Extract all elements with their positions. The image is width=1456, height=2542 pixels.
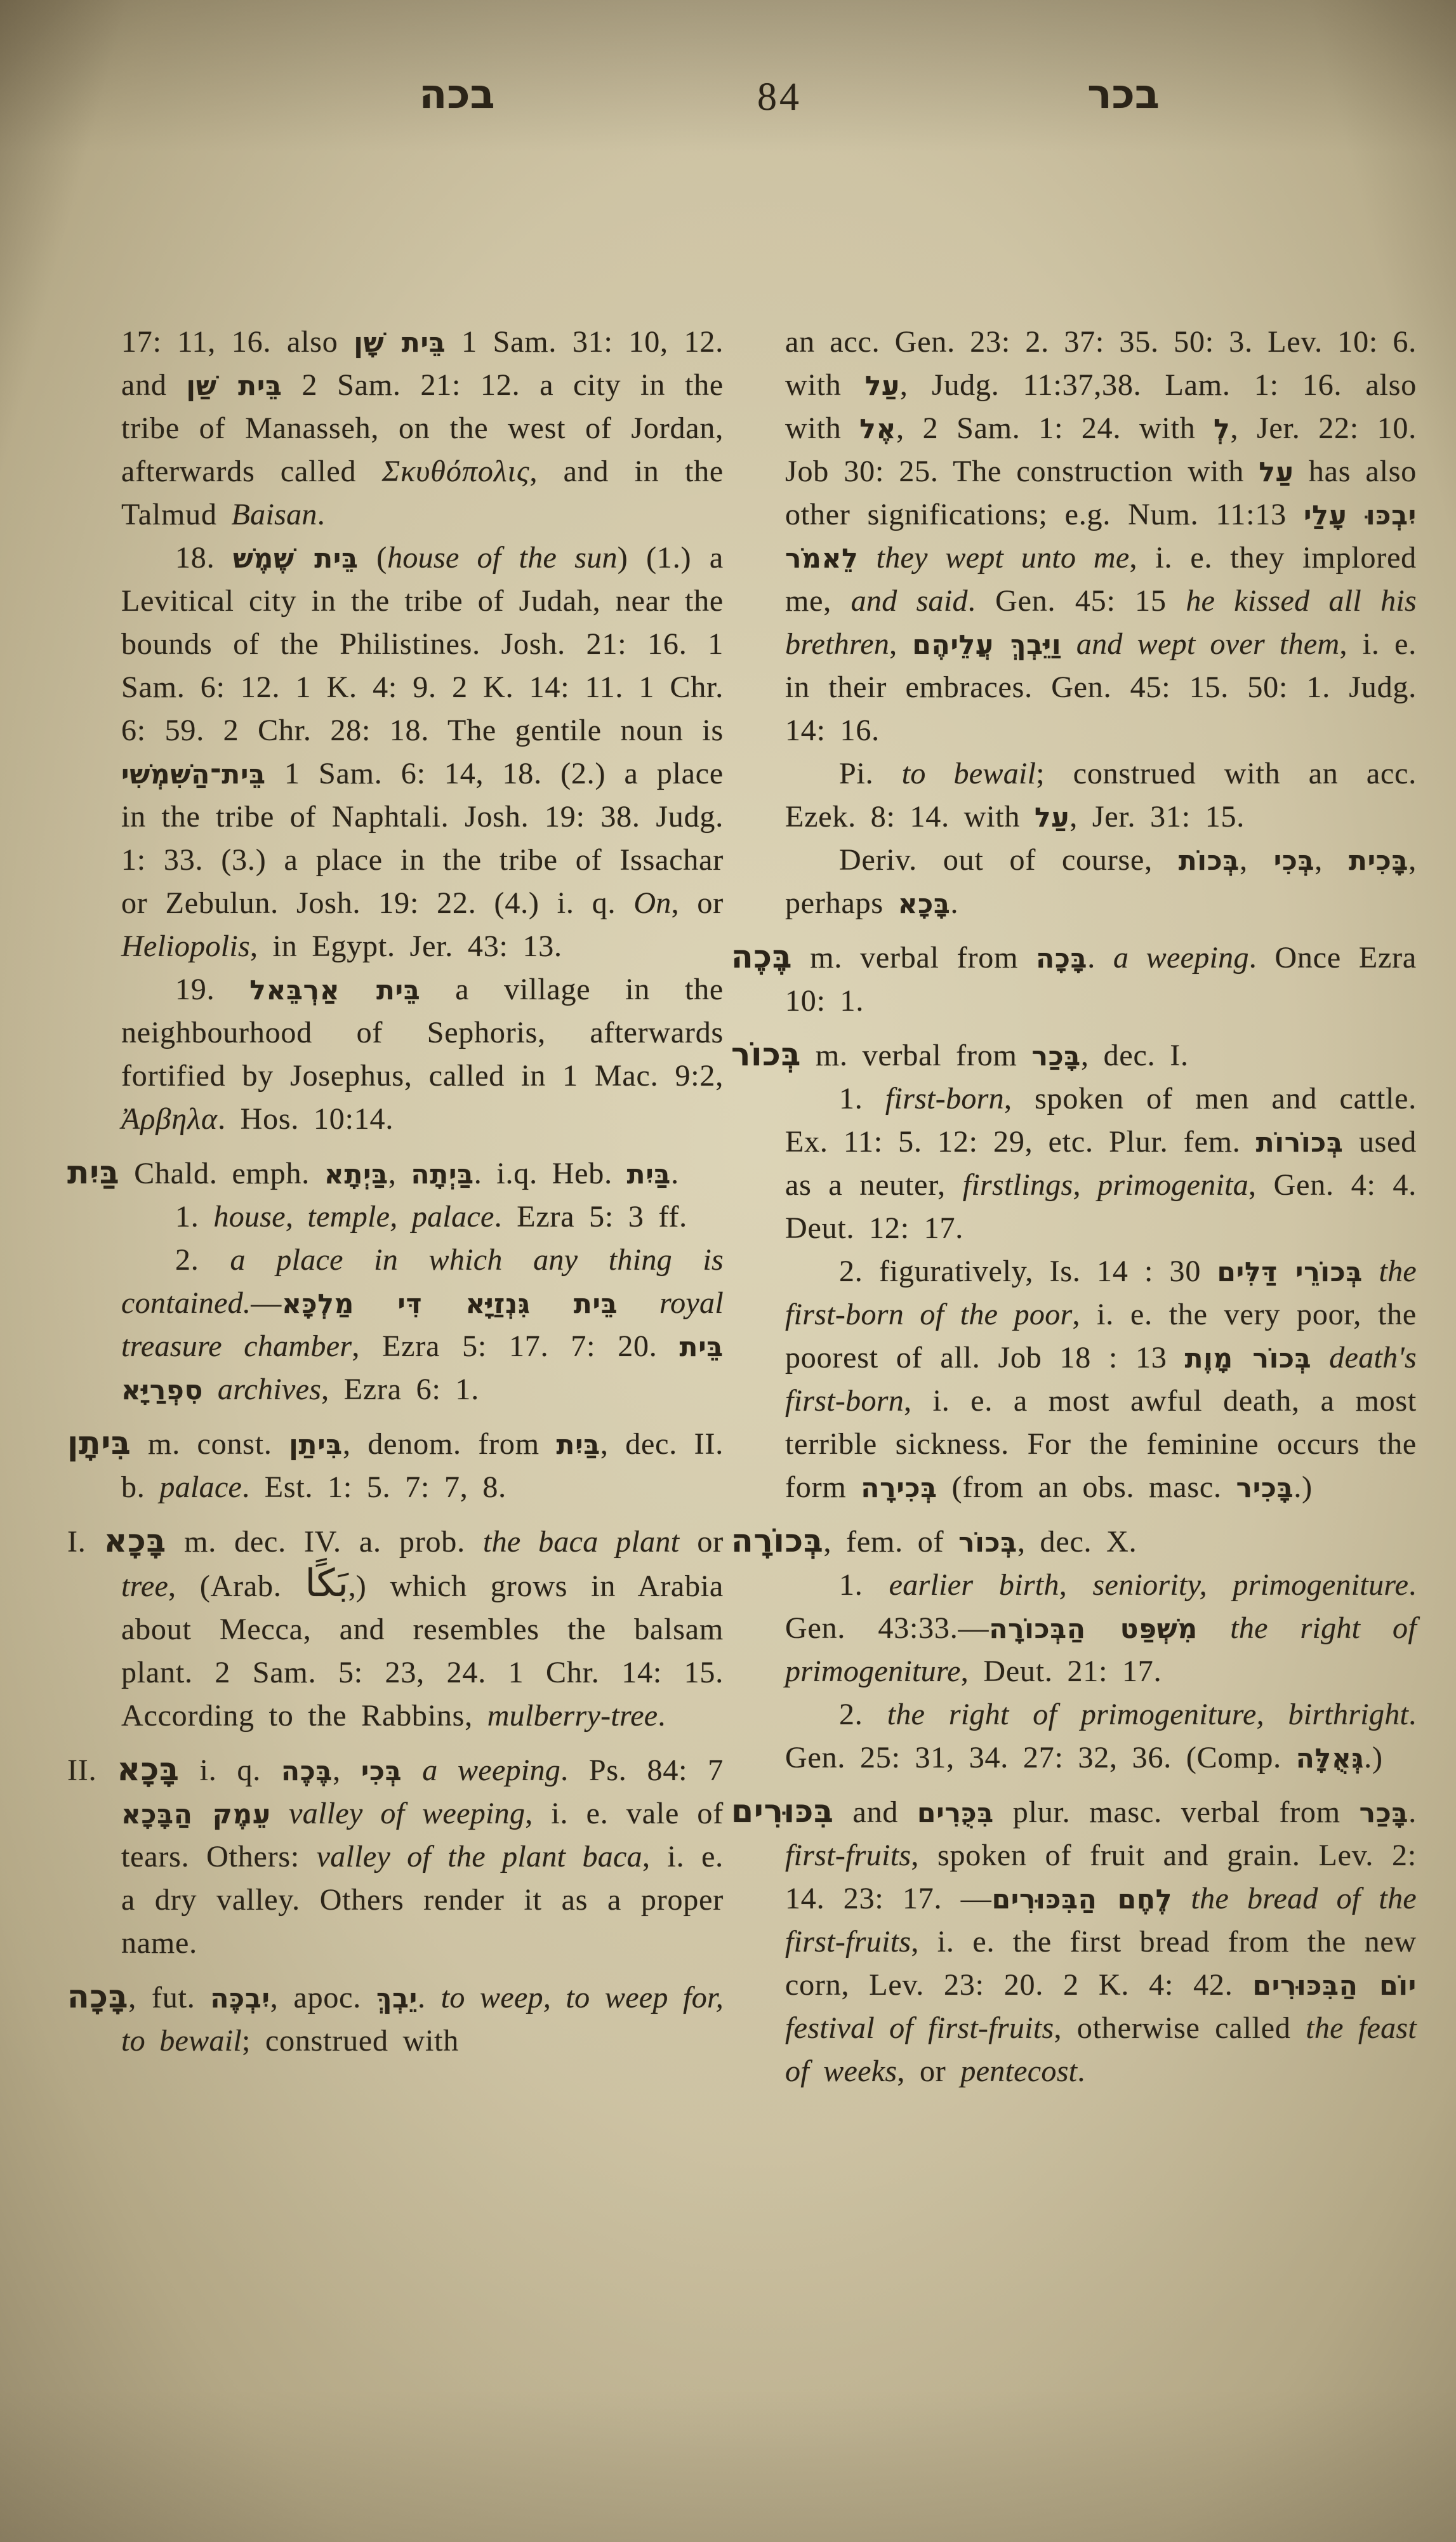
text-segment: . bbox=[1077, 2054, 1085, 2088]
entry-paragraph: בִּיתָן m. const. בִּיתַן, denom. from ב… bbox=[121, 1423, 724, 1509]
hebrew-term: וַיֵּבְךְּ עֲלֵיהֶם bbox=[912, 629, 1061, 660]
hebrew-term: בַּיִת bbox=[627, 1159, 671, 1190]
hebrew-term: בֵּית־הַשִּׁמְשִׁי bbox=[121, 759, 266, 790]
text-segment: 1. bbox=[839, 1082, 885, 1115]
hebrew-term: בֶּכֶה bbox=[281, 1755, 333, 1787]
text-segment: . Ezra 5: 3 ff. bbox=[494, 1200, 687, 1234]
hebrew-term: בִּכֻּרִים bbox=[917, 1797, 994, 1828]
entry-paragraph: 18. בֵּית שֶׁמֶשׁ (house of the sun) (1.… bbox=[121, 536, 724, 968]
text-segment bbox=[1172, 1882, 1191, 1915]
hebrew-term: בְּכוֹרֵי דַּלִּים bbox=[1217, 1256, 1363, 1288]
hebrew-term: בֵּית שַׁן bbox=[187, 370, 282, 401]
text-segment: m. dec. IV. a. prob. bbox=[166, 1525, 483, 1559]
italic-text: the baca plant bbox=[483, 1525, 679, 1559]
greek-term: Σκυθόπολις bbox=[382, 455, 530, 488]
text-segment: , denom. from bbox=[343, 1427, 556, 1461]
italic-text: mulberry-tree bbox=[487, 1699, 658, 1733]
text-segment bbox=[1363, 1254, 1379, 1288]
entry-paragraph: 1. first-born, spoken of men and cattle.… bbox=[785, 1077, 1417, 1250]
text-segment: , dec. X. bbox=[1017, 1525, 1137, 1559]
hebrew-headword: בְּכוֹרָה bbox=[731, 1522, 824, 1559]
italic-text: earlier birth, seniority, primogeniture bbox=[889, 1568, 1409, 1602]
text-segment: , bbox=[1314, 843, 1349, 877]
italic-text: a weeping bbox=[1113, 941, 1249, 975]
italic-text: and wept over them bbox=[1076, 627, 1340, 661]
text-segment: II. bbox=[67, 1753, 117, 1787]
italic-text: festival of first-fruits bbox=[785, 2011, 1054, 2045]
hebrew-term: בָּכַר bbox=[1031, 1041, 1081, 1072]
text-segment bbox=[859, 541, 877, 575]
italic-text: tree bbox=[121, 1569, 168, 1603]
text-segment: , fut. bbox=[128, 1981, 210, 2014]
entry-paragraph: 1. earlier birth, seniority, primogenitu… bbox=[785, 1564, 1417, 1693]
hebrew-term: בָּכָה bbox=[1036, 943, 1087, 974]
text-segment: Pi. bbox=[839, 757, 902, 790]
text-segment: . i.q. Heb. bbox=[474, 1157, 627, 1190]
hebrew-term: מִשְׁפַּט הַבְּכוֹרָה bbox=[989, 1613, 1198, 1644]
hebrew-term: בְּכוֹת bbox=[1179, 845, 1240, 876]
hebrew-term: בָּכִיר bbox=[1236, 1472, 1294, 1503]
entry-paragraph: 1. house, temple, palace. Ezra 5: 3 ff. bbox=[121, 1195, 724, 1239]
italic-text: the right of primogeniture, birthright bbox=[887, 1698, 1408, 1731]
text-segment: or bbox=[679, 1525, 724, 1559]
entry-paragraph: בָּכָה, fut. יִבְכֶּה, apoc. יֵבְךְּ. to… bbox=[121, 1976, 724, 2063]
text-segment: , (Arab. bbox=[168, 1569, 305, 1603]
entry-paragraph: 2. figuratively, Is. 14 : 30 בְּכוֹרֵי ד… bbox=[785, 1250, 1417, 1509]
entry-paragraph: I. בָּכָא m. dec. IV. a. prob. the baca … bbox=[121, 1521, 724, 1738]
entry-paragraph: 17: 11, 16. also בֵּית שָׁן 1 Sam. 31: 1… bbox=[121, 321, 724, 536]
hebrew-term: בְּכִי bbox=[361, 1755, 402, 1787]
hebrew-term: יֵבְךְּ bbox=[376, 1983, 418, 2014]
text-segment: m. verbal from bbox=[801, 1039, 1031, 1072]
hebrew-term: עַל bbox=[865, 370, 900, 401]
text-segment: , or bbox=[672, 886, 724, 920]
italic-text: Heliopolis bbox=[121, 929, 250, 963]
text-segment: 19. bbox=[175, 973, 249, 1006]
hebrew-term: בְּכוֹרוֹת bbox=[1256, 1127, 1344, 1158]
text-segment: — bbox=[251, 1286, 282, 1320]
italic-text: house of the sun bbox=[387, 541, 618, 575]
text-segment: ( bbox=[359, 541, 387, 575]
page-number: 84 bbox=[710, 75, 849, 120]
italic-text: a weeping bbox=[422, 1753, 560, 1787]
entry-paragraph: בְּכוֹרָה, fem. of בְּכוֹר, dec. X. bbox=[785, 1521, 1417, 1564]
hebrew-term: בְּכִי bbox=[1274, 845, 1315, 876]
hebrew-term: בַּיְתָא bbox=[324, 1159, 388, 1190]
hebrew-term: בְּכוֹר מָוֶת bbox=[1185, 1343, 1312, 1374]
hebrew-headword: בָּכָא bbox=[117, 1750, 179, 1788]
entry-paragraph: Pi. to bewail; construed with an acc. Ez… bbox=[785, 752, 1417, 839]
entry-paragraph: בַּיִת Chald. emph. בַּיְתָא, בַּיְתָה. … bbox=[121, 1152, 724, 1195]
book-page: בכה 84 בכר 17: 11, 16. also בֵּית שָׁן 1… bbox=[0, 0, 1456, 2542]
hebrew-headword: בִּיתָן bbox=[67, 1424, 131, 1461]
header-word-left: בכה bbox=[387, 71, 527, 118]
text-segment: . bbox=[658, 1699, 666, 1733]
text-segment: .) bbox=[1364, 1741, 1383, 1774]
text-segment: (from an obs. masc. bbox=[937, 1470, 1236, 1504]
hebrew-term: לֶחֶם הַבִּכּוּרִים bbox=[992, 1884, 1173, 1915]
hebrew-term: אֶל bbox=[859, 413, 896, 444]
text-segment: , otherwise called bbox=[1054, 2011, 1306, 2045]
text-segment: . Ps. 84: 7 bbox=[560, 1753, 724, 1787]
arabic-term: بَكًا bbox=[305, 1561, 348, 1606]
hebrew-term: בָּכָא bbox=[898, 888, 951, 919]
text-segment: i. q. bbox=[180, 1753, 281, 1787]
hebrew-term: יוֹם הַבִּכּוּרִים bbox=[1253, 1970, 1417, 2001]
text-segment: 1. bbox=[839, 1568, 889, 1602]
text-segment: . bbox=[317, 498, 326, 531]
text-segment: . bbox=[1408, 1795, 1417, 1829]
text-segment: , bbox=[1240, 843, 1274, 877]
hebrew-headword: בֶּכֶה bbox=[731, 938, 792, 975]
text-segment: 2. bbox=[839, 1698, 887, 1731]
italic-text: valley of the plant baca bbox=[317, 1840, 642, 1873]
text-segment bbox=[1198, 1611, 1230, 1645]
text-segment bbox=[271, 1797, 289, 1830]
header-word-right: בכר bbox=[1054, 71, 1193, 118]
italic-text: house, temple, palace bbox=[213, 1200, 494, 1234]
text-segment: , or bbox=[897, 2054, 960, 2088]
text-segment bbox=[402, 1753, 422, 1787]
hebrew-term: בֵּית אַרְבֵּאל bbox=[249, 975, 420, 1006]
entry-paragraph: בְּכוֹר m. verbal from בָּכַר, dec. I. bbox=[785, 1034, 1417, 1077]
italic-text: first-fruits bbox=[785, 1839, 911, 1872]
text-segment: . bbox=[671, 1157, 679, 1190]
text-segment: 1. bbox=[175, 1200, 213, 1234]
hebrew-term: בְּכוֹר bbox=[958, 1527, 1017, 1558]
text-segment: . bbox=[951, 886, 959, 920]
text-segment: . Hos. 10:14. bbox=[218, 1102, 394, 1136]
italic-text: to bewail bbox=[902, 757, 1036, 790]
entry-paragraph: an acc. Gen. 23: 2. 37: 35. 50: 3. Lev. … bbox=[785, 321, 1417, 752]
italic-text: first-born bbox=[885, 1082, 1004, 1115]
hebrew-headword: בַּיִת bbox=[67, 1154, 119, 1191]
text-segment: , dec. I. bbox=[1081, 1039, 1189, 1072]
entry-paragraph: 2. a place in which any thing is contain… bbox=[121, 1239, 724, 1411]
italic-text: pentecost bbox=[960, 2054, 1077, 2088]
text-segment: , apoc. bbox=[270, 1981, 376, 2014]
entry-paragraph: בִּכּוּרִים and בִּכֻּרִים plur. masc. v… bbox=[785, 1791, 1417, 2093]
text-segment: .) bbox=[1294, 1470, 1313, 1504]
text-segment: I. bbox=[67, 1525, 104, 1559]
hebrew-term: יִבְכֶּה bbox=[210, 1983, 270, 2014]
text-segment: plur. masc. verbal from bbox=[994, 1795, 1360, 1829]
text-segment: 2. figuratively, Is. 14 : 30 bbox=[839, 1254, 1217, 1288]
text-segment: , Ezra 5: 17. 7: 20. bbox=[352, 1329, 679, 1363]
text-segment: , Deut. 21: 17. bbox=[961, 1654, 1162, 1688]
text-segment: 18. bbox=[175, 541, 233, 575]
hebrew-headword: בְּכוֹר bbox=[731, 1035, 801, 1073]
entry-paragraph: 19. בֵּית אַרְבֵּאל a village in the nei… bbox=[121, 968, 724, 1141]
greek-term: Ἀρβηλα bbox=[121, 1102, 218, 1136]
text-segment: . bbox=[1087, 941, 1113, 975]
text-segment: m. verbal from bbox=[792, 941, 1036, 975]
entry-paragraph: בֶּכֶה m. verbal from בָּכָה. a weeping.… bbox=[785, 936, 1417, 1023]
text-segment: , bbox=[333, 1753, 361, 1787]
hebrew-term: גְּאֻלָּה bbox=[1296, 1743, 1364, 1774]
text-segment bbox=[1061, 627, 1076, 661]
text-segment: m. const. bbox=[131, 1427, 289, 1461]
hebrew-headword: בָּכָה bbox=[67, 1978, 128, 2015]
text-segment: , fem. of bbox=[824, 1525, 959, 1559]
text-segment: Deriv. out of course, bbox=[839, 843, 1179, 877]
text-segment bbox=[203, 1373, 218, 1406]
entry-paragraph: Deriv. out of course, בְּכוֹת, בְּכִי, ב… bbox=[785, 839, 1417, 925]
text-segment: ; construed with bbox=[242, 2024, 459, 2058]
hebrew-term: בָּכִית bbox=[1349, 845, 1408, 876]
text-segment: , Ezra 6: 1. bbox=[321, 1373, 479, 1406]
hebrew-term: לְ bbox=[1214, 413, 1230, 444]
column-left: 17: 11, 16. also בֵּית שָׁן 1 Sam. 31: 1… bbox=[67, 321, 724, 2063]
hebrew-term: בְּכִירָה bbox=[861, 1472, 937, 1503]
hebrew-term: עַל bbox=[1035, 802, 1069, 833]
italic-text: palace bbox=[159, 1470, 242, 1504]
italic-text: valley of weeping bbox=[289, 1797, 525, 1830]
column-right: an acc. Gen. 23: 2. 37: 35. 50: 3. Lev. … bbox=[731, 321, 1417, 2093]
italic-text: archives bbox=[218, 1373, 321, 1406]
hebrew-headword: בִּכּוּרִים bbox=[731, 1792, 834, 1830]
text-segment: . Est. 1: 5. 7: 7, 8. bbox=[242, 1470, 506, 1504]
text-segment: . bbox=[418, 1981, 441, 2014]
text-segment bbox=[1311, 1341, 1329, 1374]
text-segment: and bbox=[834, 1795, 917, 1829]
text-segment: , bbox=[889, 627, 912, 661]
hebrew-term: עֵמֶק הַבָּכָא bbox=[121, 1799, 271, 1830]
entry-paragraph: II. בָּכָא i. q. בֶּכֶה, בְּכִי a weepin… bbox=[121, 1749, 724, 1965]
hebrew-term: בֵּית שֶׁמֶשׁ bbox=[233, 543, 359, 574]
italic-text: firstlings, primogenita bbox=[963, 1168, 1248, 1202]
hebrew-term: עַל bbox=[1259, 456, 1294, 488]
text-segment: 2. bbox=[175, 1243, 230, 1277]
italic-text: they wept unto me bbox=[877, 541, 1130, 575]
text-segment: , 2 Sam. 1: 24. with bbox=[896, 411, 1214, 445]
italic-text: Baisan bbox=[232, 498, 317, 531]
hebrew-headword: בָּכָא bbox=[104, 1522, 166, 1559]
text-segment: , bbox=[388, 1157, 411, 1190]
italic-text: and said bbox=[851, 584, 968, 618]
italic-text: On bbox=[633, 886, 671, 920]
text-segment: , in Egypt. Jer. 43: 13. bbox=[250, 929, 562, 963]
text-segment: 17: 11, 16. also bbox=[121, 325, 354, 359]
entry-paragraph: 2. the right of primogeniture, birthrigh… bbox=[785, 1693, 1417, 1780]
hebrew-term: בָּכַר bbox=[1360, 1797, 1409, 1828]
hebrew-term: בֵּית גִּנְזַיָּא דִּי מַלְכָּא bbox=[282, 1288, 618, 1319]
text-segment: , Jer. 31: 15. bbox=[1069, 800, 1245, 834]
hebrew-term: בַּיְתָה bbox=[411, 1159, 474, 1190]
text-segment: . Gen. 45: 15 bbox=[968, 584, 1186, 618]
text-segment: Chald. emph. bbox=[119, 1157, 324, 1190]
hebrew-term: בַּיִת bbox=[556, 1429, 600, 1460]
text-segment bbox=[618, 1286, 659, 1320]
hebrew-term: בֵּית שָׁן bbox=[354, 327, 446, 358]
hebrew-term: בִּיתַן bbox=[289, 1429, 343, 1460]
